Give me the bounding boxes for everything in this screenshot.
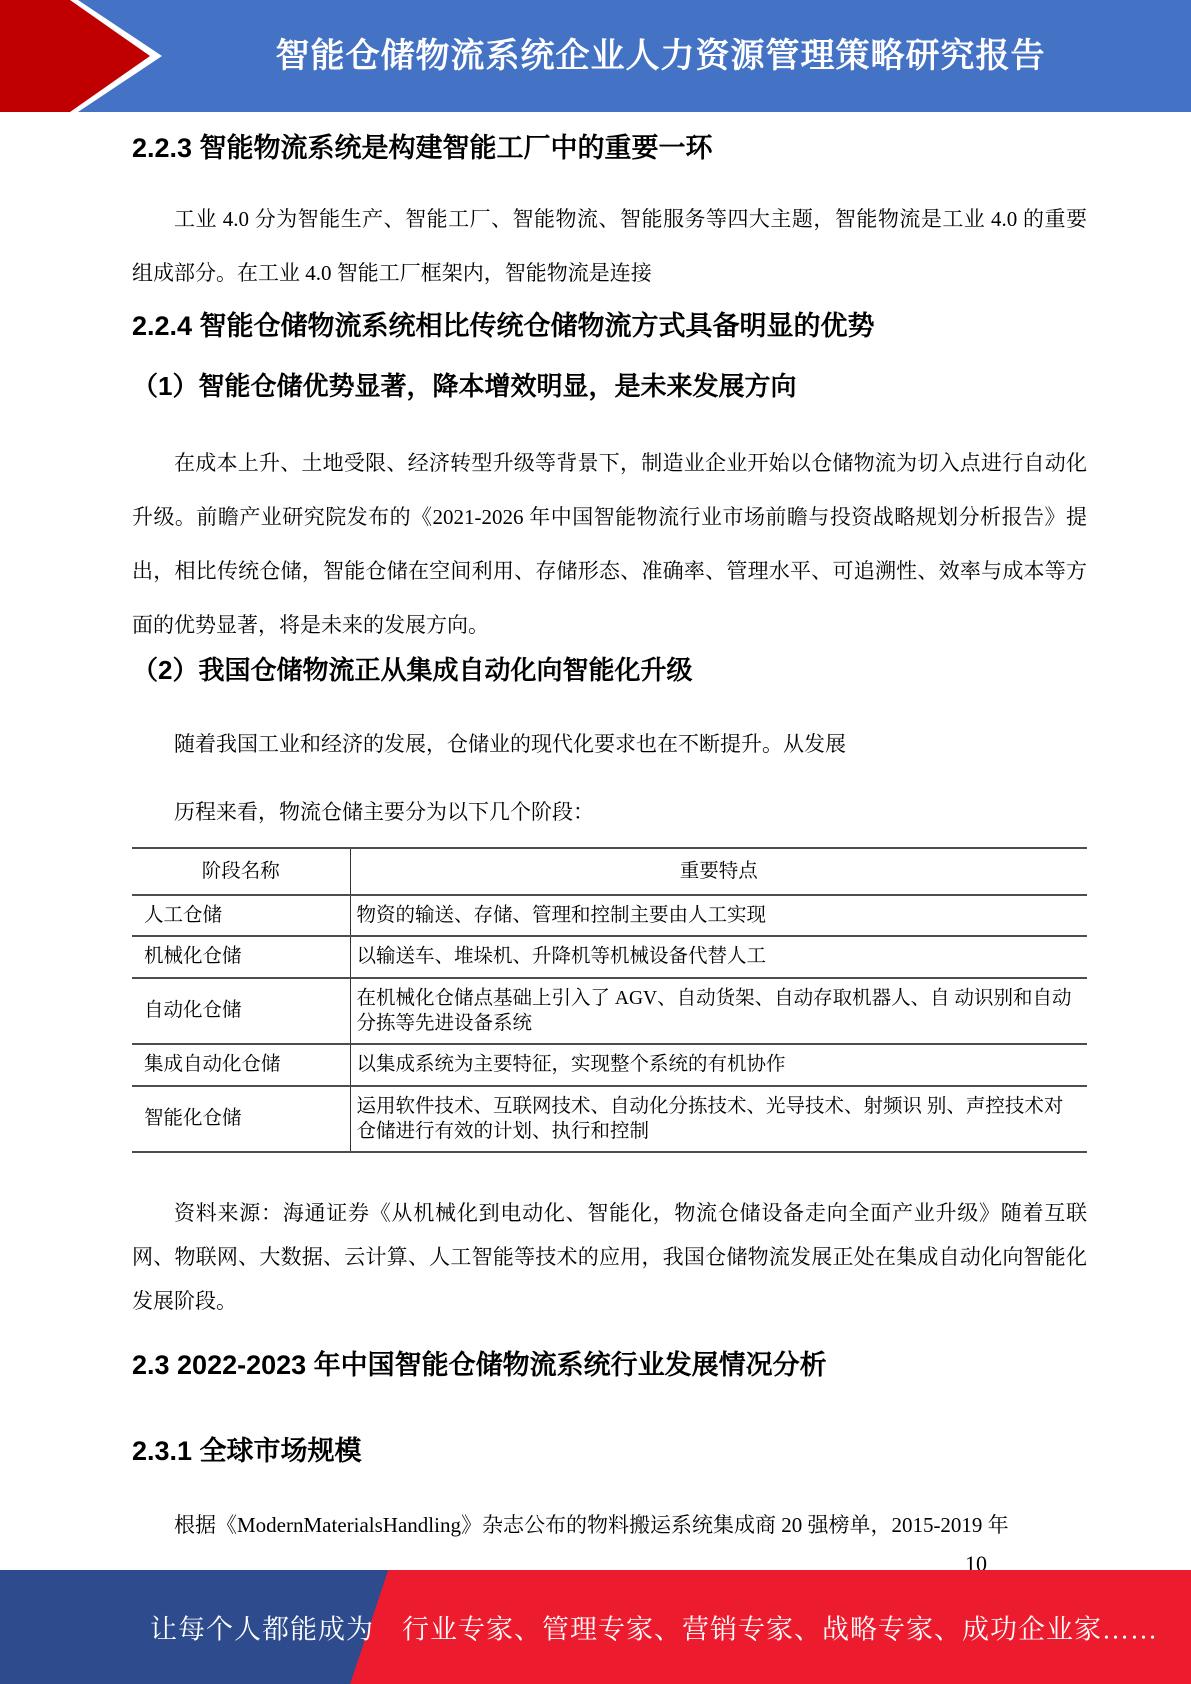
paragraph-industry40: 工业 4.0 分为智能生产、智能工厂、智能物流、智能服务等四大主题，智能物流是工…	[132, 192, 1087, 300]
subheading-1: （1）智能仓储优势显著，降本增效明显，是未来发展方向	[132, 370, 1087, 403]
feature-cell: 以集成系统为主要特征，实现整个系统的有机协作	[350, 1044, 1087, 1085]
table-header-row: 阶段名称 重要特点	[132, 848, 1087, 895]
stage-cell: 人工仓储	[132, 895, 350, 936]
stage-cell: 智能化仓储	[132, 1086, 350, 1153]
table-row: 人工仓储 物资的输送、存储、管理和控制主要由人工实现	[132, 895, 1087, 936]
stage-cell: 集成自动化仓储	[132, 1044, 350, 1085]
paragraph-stages-intro: 历程来看，物流仓储主要分为以下几个阶段：	[132, 785, 1087, 839]
table-row: 机械化仓储 以输送车、堆垛机、升降机等机械设备代替人工	[132, 936, 1087, 977]
subheading-2: （2）我国仓储物流正从集成自动化向智能化升级	[132, 654, 1087, 687]
chevron-arrow-icon	[0, 0, 165, 112]
feature-cell: 在机械化仓储点基础上引入了 AGV、自动货架、自动存取机器人、自 动识别和自动分…	[350, 978, 1087, 1045]
feature-cell: 运用软件技术、互联网技术、自动化分拣技术、光导技术、射频识 别、声控技术对仓储进…	[350, 1086, 1087, 1153]
report-title: 智能仓储物流系统企业人力资源管理策略研究报告	[0, 0, 1191, 112]
paragraph-development: 随着我国工业和经济的发展，仓储业的现代化要求也在不断提升。从发展	[132, 717, 1087, 771]
table-header-feature: 重要特点	[350, 848, 1087, 895]
stage-cell: 机械化仓储	[132, 936, 350, 977]
feature-cell: 以输送车、堆垛机、升降机等机械设备代替人工	[350, 936, 1087, 977]
stage-cell: 自动化仓储	[132, 978, 350, 1045]
paragraph-global-market: 根据《ModernMaterialsHandling》杂志公布的物料搬运系统集成…	[132, 1503, 1087, 1547]
table-header-stage: 阶段名称	[132, 848, 350, 895]
document-body: 2.2.3 智能物流系统是构建智能工厂中的重要一环 工业 4.0 分为智能生产、…	[0, 132, 1191, 1577]
footer-slogan-left: 让每个人都能成为	[150, 1608, 374, 1647]
footer-slogan-right: 行业专家、管理专家、营销专家、战略专家、成功企业家……	[402, 1608, 1158, 1647]
heading-2-2-4: 2.2.4 智能仓储物流系统相比传统仓储物流方式具备明显的优势	[132, 310, 1087, 344]
warehouse-stages-table: 阶段名称 重要特点 人工仓储 物资的输送、存储、管理和控制主要由人工实现 机械化…	[132, 847, 1087, 1154]
paragraph-advantage: 在成本上升、土地受限、经济转型升级等背景下，制造业企业开始以仓储物流为切入点进行…	[132, 436, 1087, 652]
report-header-banner: 智能仓储物流系统企业人力资源管理策略研究报告	[0, 0, 1191, 112]
heading-2-3-1: 2.3.1 全球市场规模	[132, 1435, 1087, 1469]
table-row: 自动化仓储 在机械化仓储点基础上引入了 AGV、自动货架、自动存取机器人、自 动…	[132, 978, 1087, 1045]
table-row: 智能化仓储 运用软件技术、互联网技术、自动化分拣技术、光导技术、射频识 别、声控…	[132, 1086, 1087, 1153]
page-footer: 让每个人都能成为 行业专家、管理专家、营销专家、战略专家、成功企业家……	[0, 1570, 1191, 1684]
paragraph-source: 资料来源：海通证券《从机械化到电动化、智能化，物流仓储设备走向全面产业升级》随着…	[132, 1191, 1087, 1323]
table-row: 集成自动化仓储 以集成系统为主要特征，实现整个系统的有机协作	[132, 1044, 1087, 1085]
feature-cell: 物资的输送、存储、管理和控制主要由人工实现	[350, 895, 1087, 936]
heading-2-2-3: 2.2.3 智能物流系统是构建智能工厂中的重要一环	[132, 132, 1087, 166]
heading-2-3: 2.3 2022-2023 年中国智能仓储物流系统行业发展情况分析	[132, 1349, 1087, 1383]
